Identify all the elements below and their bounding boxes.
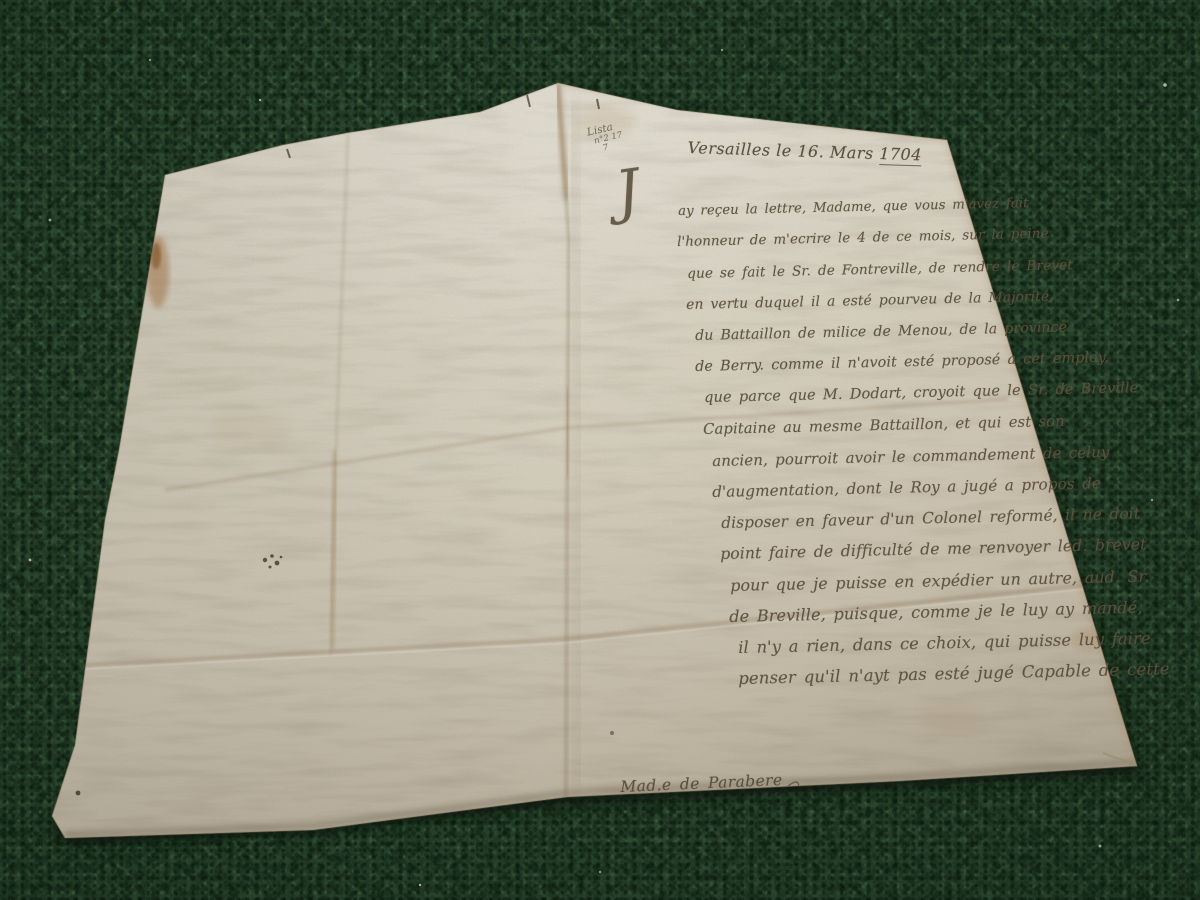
manuscript-line: disposer en faveur d'un Colonel reformé,…: [721, 504, 1140, 531]
horizontal-crease-upper: [165, 399, 1008, 490]
manuscript-line: penser qu'il n'ayt pas esté jugé Capable…: [738, 659, 1170, 688]
horizontal-crease-lower: [84, 585, 1086, 665]
paper-sheet: [52, 83, 1137, 838]
dateline-year-underlined: 1704: [879, 144, 922, 166]
ink-specks: [263, 554, 283, 568]
dateline-place-date: Versailles le 16. Mars: [687, 138, 879, 163]
signature-flourish: [786, 782, 799, 806]
handwriting-layer: Lista n°2 17 7 Versailles le 16. Mars 17…: [0, 0, 1200, 900]
paper-contact-shadow: [53, 768, 1138, 840]
manuscript-line: que se fait le Sr. de Fontreville, de re…: [687, 257, 1073, 282]
manuscript-line: en vertu duquel il a esté pourveu de la …: [686, 289, 1054, 313]
pencil-note-line: Lista: [586, 120, 621, 138]
dateline: Versailles le 16. Mars 1704: [687, 138, 922, 164]
manuscript-line: ancien, pourroit avoir le commandement d…: [712, 443, 1110, 470]
paper-graphic: [0, 0, 1200, 900]
drop-cap-initial: J: [612, 161, 643, 222]
recipient-line: Mad.e de Parabere: [620, 771, 783, 796]
corner-fold: [1103, 753, 1135, 765]
center-fold-crease: [558, 83, 569, 797]
manuscript-line: il n'y a rien, dans ce choix, qui puisse…: [738, 629, 1151, 657]
manuscript-line: point faire de difficulté de me renvoyer…: [720, 535, 1147, 563]
manuscript-line: pour que je puisse en expédier un autre,…: [730, 566, 1150, 595]
manuscript-line: Capitaine au mesme Battaillon, et qui es…: [703, 413, 1065, 438]
pencil-note-line: 7: [590, 140, 625, 156]
photo-of-manuscript-letter: Lista n°2 17 7 Versailles le 16. Mars 17…: [0, 0, 1200, 900]
manuscript-line: de Berry. comme il n'avoit esté proposé …: [695, 350, 1109, 375]
quarter-fold-crease: [330, 133, 348, 655]
manuscript-line: de Breville, puisque, comme je le luy ay…: [729, 598, 1143, 626]
edge-stain: [147, 236, 169, 308]
manuscript-line: du Battaillon de milice de Menou, de la …: [695, 320, 1067, 344]
foxing-stains: [210, 106, 1108, 735]
green-felt-background: [0, 0, 1200, 900]
lint-flecks: [29, 49, 1180, 886]
center-fold-stain: [558, 86, 567, 200]
manuscript-line: l'honneur de m'ecrire le 4 de ce mois, s…: [677, 227, 1049, 250]
manuscript-line: que parce que M. Dodart, croyoit que le …: [704, 380, 1139, 406]
manuscript-line: d'augmentation, dont le Roy a jugé a pro…: [712, 474, 1101, 501]
edge-tears: [287, 95, 1088, 586]
paper-cast-shadow: [58, 93, 1143, 848]
pencil-note-line: n°2 17: [588, 131, 623, 147]
manuscript-line: ay reçeu la lettre, Madame, que vous m'a…: [678, 196, 1029, 219]
pencil-archival-note: Lista n°2 17 7: [586, 120, 625, 156]
